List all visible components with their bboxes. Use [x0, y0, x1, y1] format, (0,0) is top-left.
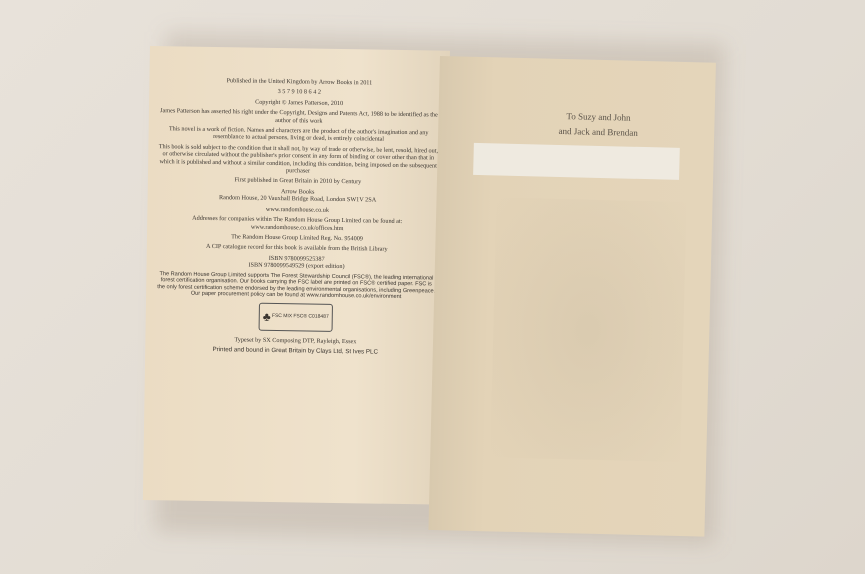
first-published: First published in Great Britain in 2010… — [158, 176, 438, 188]
fsc-logo: ♣ FSC MIX FSC® C018487 — [259, 303, 333, 332]
fiction-disclaimer: This novel is a work of fiction. Names a… — [159, 125, 439, 144]
publisher-line: Published in the United Kingdom by Arrow… — [159, 76, 439, 88]
addresses-note: Addresses for companies within The Rando… — [157, 214, 437, 233]
copyright-page: Published in the United Kingdom by Arrow… — [143, 46, 450, 505]
copyright-line: Copyright © James Patterson, 2010 — [159, 97, 439, 109]
printing-line: 3 5 7 9 10 8 6 4 2 — [159, 87, 439, 99]
rights-line: James Patterson has asserted his right u… — [159, 107, 439, 126]
reg-number: The Random House Group Limited Reg. No. … — [157, 232, 437, 244]
dedication-line-2: and Jack and Brendan — [508, 123, 688, 142]
cip-record: A CIP catalogue record for this book is … — [157, 242, 437, 254]
show-through-ghost — [490, 197, 686, 462]
typeset-line: Typeset by SX Composing DTP, Rayleigh, E… — [155, 335, 435, 347]
dedication: To Suzy and John and Jack and Brendan — [508, 108, 689, 142]
fsc-label: FSC — [272, 313, 282, 321]
isbn: ISBN 9780099525387 ISBN 9780099549529 (e… — [157, 253, 437, 272]
fsc-tree-icon: ♣ — [263, 311, 271, 323]
sale-condition: This book is sold subject to the conditi… — [158, 143, 438, 177]
fsc-mix: MIX — [283, 313, 292, 321]
fsc-statement: The Random House Group Limited supports … — [156, 271, 436, 302]
tape-strip — [473, 143, 680, 180]
publisher-address: Arrow Books Random House, 20 Vauxhall Br… — [158, 186, 438, 205]
website: www.randomhouse.co.uk — [157, 204, 437, 216]
copyright-text: Published in the United Kingdom by Arrow… — [155, 76, 439, 360]
dedication-page: To Suzy and John and Jack and Brendan — [428, 56, 715, 537]
fsc-code: FSC® C018487 — [293, 313, 328, 321]
printed-line: Printed and bound in Great Britain by Cl… — [155, 345, 435, 357]
